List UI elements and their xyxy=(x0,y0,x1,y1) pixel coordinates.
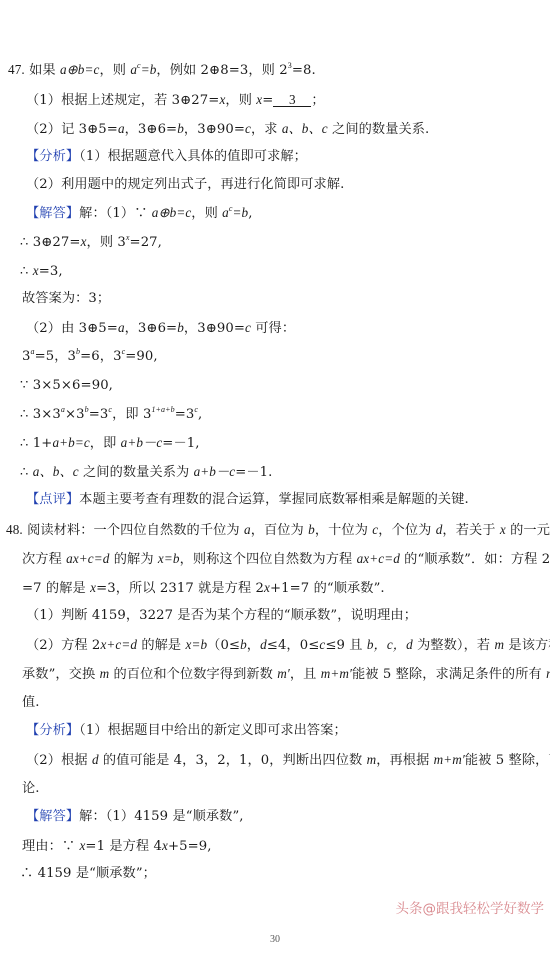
q47-solution-6: 3a=5，3b=6，3c=90, xyxy=(22,349,158,365)
q47-stem: 47. 如果 a⊕b=c，则 ac=b，例如 2⊕8=3，则 23=8. xyxy=(8,62,316,79)
q48-analysis-2: （2）根据 d 的值可能是 4，3，2，1，0，判断出四位数 m，再根据 m+m… xyxy=(26,752,550,769)
q48-part2-line3: 值. xyxy=(22,695,40,711)
q48-stem-3: =7 的解是 x=3，所以 2317 就是方程 2x+1=7 的“顺承数”. xyxy=(22,580,385,597)
question-number: 47. xyxy=(8,62,25,77)
q47-solution-9: ∴ 1+a+b=c，即 a+b－c=－1, xyxy=(20,435,200,452)
q47-review: 【点评】本题主要考查有理数的混合运算，掌握同底数幂相乘是解题的关键. xyxy=(26,492,469,508)
q47-solution-1: 【解答】解：（1）∵ a⊕b=c，则 ac=b, xyxy=(26,205,253,222)
answer-label: 【解答】 xyxy=(26,206,79,221)
q48-part2-line2: 承数”，交换 m 的百位和个位数字得到新数 m′，且 m+m′能被 5 整除，求… xyxy=(22,666,550,683)
page-number: 30 xyxy=(0,934,550,945)
q48-solution-2: 理由：∵ x=1 是方程 4x+5=9, xyxy=(22,838,212,855)
analysis-label: 【分析】 xyxy=(26,723,79,738)
q47-part2: （2）记 3⊕5=a，3⊕6=b，3⊕90=c，求 a、b、c 之间的数量关系. xyxy=(26,121,429,138)
q48-analysis-1: 【分析】（1）根据题目中给出的新定义即可求出答案； xyxy=(26,723,347,739)
q48-part1: （1）判断 4159，3227 是否为某个方程的“顺承数”，说明理由； xyxy=(26,608,417,624)
q47-solution-5: （2）由 3⊕5=a，3⊕6=b，3⊕90=c 可得： xyxy=(26,320,295,337)
watermark: 头条@跟我轻松学好数学 xyxy=(396,897,545,917)
q47-analysis-2: （2）利用题中的规定列出式子，再进行化简即可求解. xyxy=(26,177,344,193)
q48-stem-1: 48. 阅读材料：一个四位自然数的千位为 a，百位为 b，十位为 c，个位为 d… xyxy=(6,522,550,539)
q48-stem-2: 次方程 ax+c=d 的解为 x=b，则称这个四位自然数为方程 ax+c=d 的… xyxy=(22,551,550,568)
q47-solution-3: ∴ x=3, xyxy=(20,263,63,280)
q48-part2-line1: （2）方程 2x+c=d 的解是 x=b（0≤b，d≤4，0≤c≤9 且 b，c… xyxy=(26,637,550,654)
q47-part1: （1）根据上述规定，若 3⊕27=x，则 x=3； xyxy=(26,92,325,109)
answer-blank: 3 xyxy=(273,93,311,107)
review-label: 【点评】 xyxy=(26,492,79,507)
q48-solution-3: ∴ 4159 是“顺承数”； xyxy=(20,866,156,882)
q47-solution-10: ∴ a、b、c 之间的数量关系为 a+b－c=－1. xyxy=(20,464,272,481)
q47-solution-4: 故答案为：3； xyxy=(22,291,110,307)
q48-analysis-3: 论. xyxy=(22,781,40,797)
question-number: 48. xyxy=(6,522,23,537)
q47-analysis-1: 【分析】（1）根据题意代入具体的值即可求解； xyxy=(26,149,307,165)
analysis-label: 【分析】 xyxy=(26,149,79,164)
q47-solution-7: ∵ 3×5×6=90, xyxy=(20,378,113,394)
q48-solution-1: 【解答】解：（1）4159 是“顺承数”, xyxy=(26,809,244,825)
answer-label: 【解答】 xyxy=(26,809,79,824)
q47-solution-2: ∴ 3⊕27=x，则 3x=27, xyxy=(20,234,162,251)
q47-solution-8: ∴ 3×3a×3b=3c，即 31+a+b=3c, xyxy=(20,407,202,423)
